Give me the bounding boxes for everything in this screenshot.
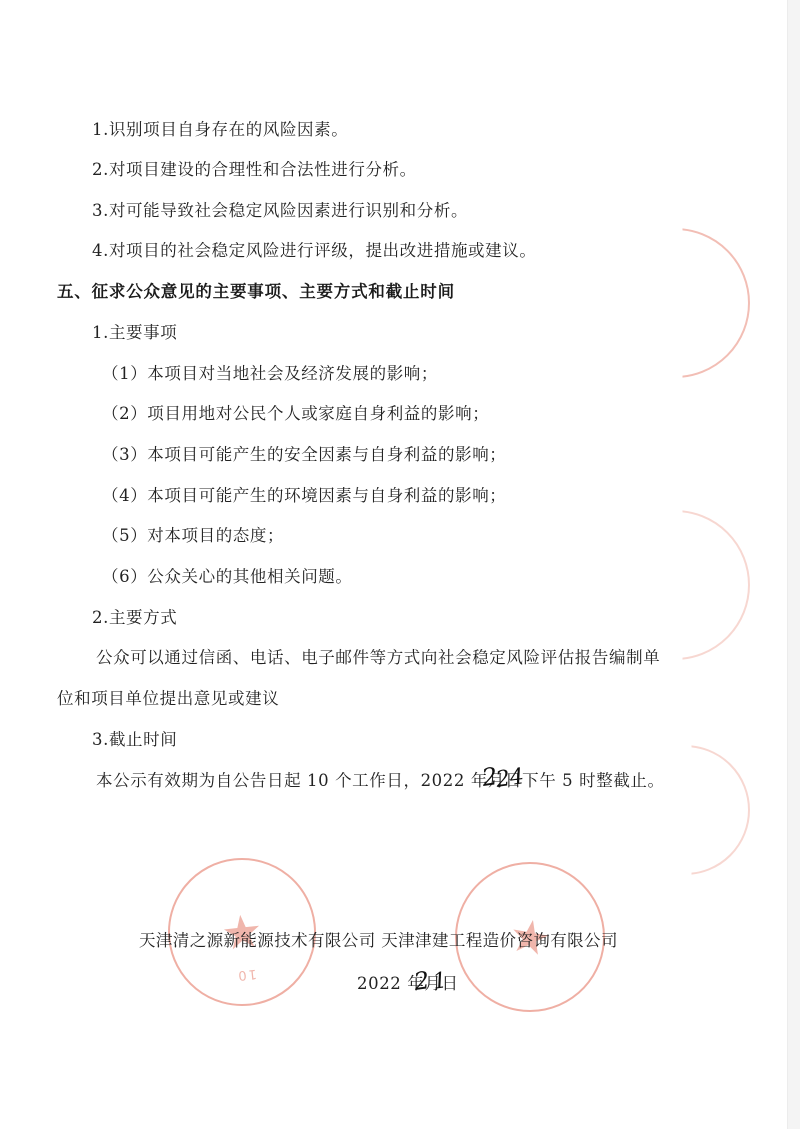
edge-seal-partial [600,228,750,378]
list-item: 2.对项目建设的合理性和合法性进行分析。 [92,160,417,180]
list-item: 4.对项目的社会稳定风险进行评级，提出改进措施或建议。 [92,241,536,261]
page-edge [787,0,800,1129]
subsection-title: 1.主要事项 [92,323,177,343]
list-item: 3.对可能导致社会稳定风险因素进行识别和分析。 [92,201,468,221]
list-item: 1.识别项目自身存在的风险因素。 [92,120,348,140]
deadline-prefix: 本公示有效期为自公告日起 10 个工作日，2022 年 [96,771,488,790]
deadline-suffix: 下午 5 时整截止。 [522,771,665,790]
list-item: （4）本项目可能产生的环境因素与自身利益的影响； [102,486,506,506]
section-heading: 五、征求公众意见的主要事项、主要方式和截止时间 [57,282,455,302]
handwritten-day: 1 [432,970,449,994]
list-item: （5）对本项目的态度； [102,526,284,546]
document-page: 1.识别项目自身存在的风险因素。 2.对项目建设的合理性和合法性进行分析。 3.… [0,0,787,1129]
list-item: （3）本项目可能产生的安全因素与自身利益的影响； [102,445,506,465]
seal-number: 10 [174,959,319,989]
edge-seal-partial [600,510,750,660]
edge-seal-partial [620,745,750,875]
list-item: （1）本项目对当地社会及经济发展的影响； [102,364,438,384]
handwritten-month: 2 [413,969,431,993]
subsection-title: 2.主要方式 [92,608,177,628]
paragraph-line: 公众可以通过信函、电话、电子邮件等方式向社会稳定风险评估报告编制单 [96,648,660,668]
deadline-line: 本公示有效期为自公告日起 10 个工作日，2022 年月日下午 5 时整截止。 [96,771,665,791]
list-item: （6）公众关心的其他相关问题。 [102,567,353,587]
subsection-title: 3.截止时间 [92,730,177,750]
signing-companies: 天津清之源新能源技术有限公司 天津津建工程造价咨询有限公司 [139,931,618,951]
paragraph-line: 位和项目单位提出意见或建议 [57,689,279,709]
handwritten-day: 24 [495,766,526,792]
list-item: （2）项目用地对公民个人或家庭自身利益的影响； [102,404,489,424]
